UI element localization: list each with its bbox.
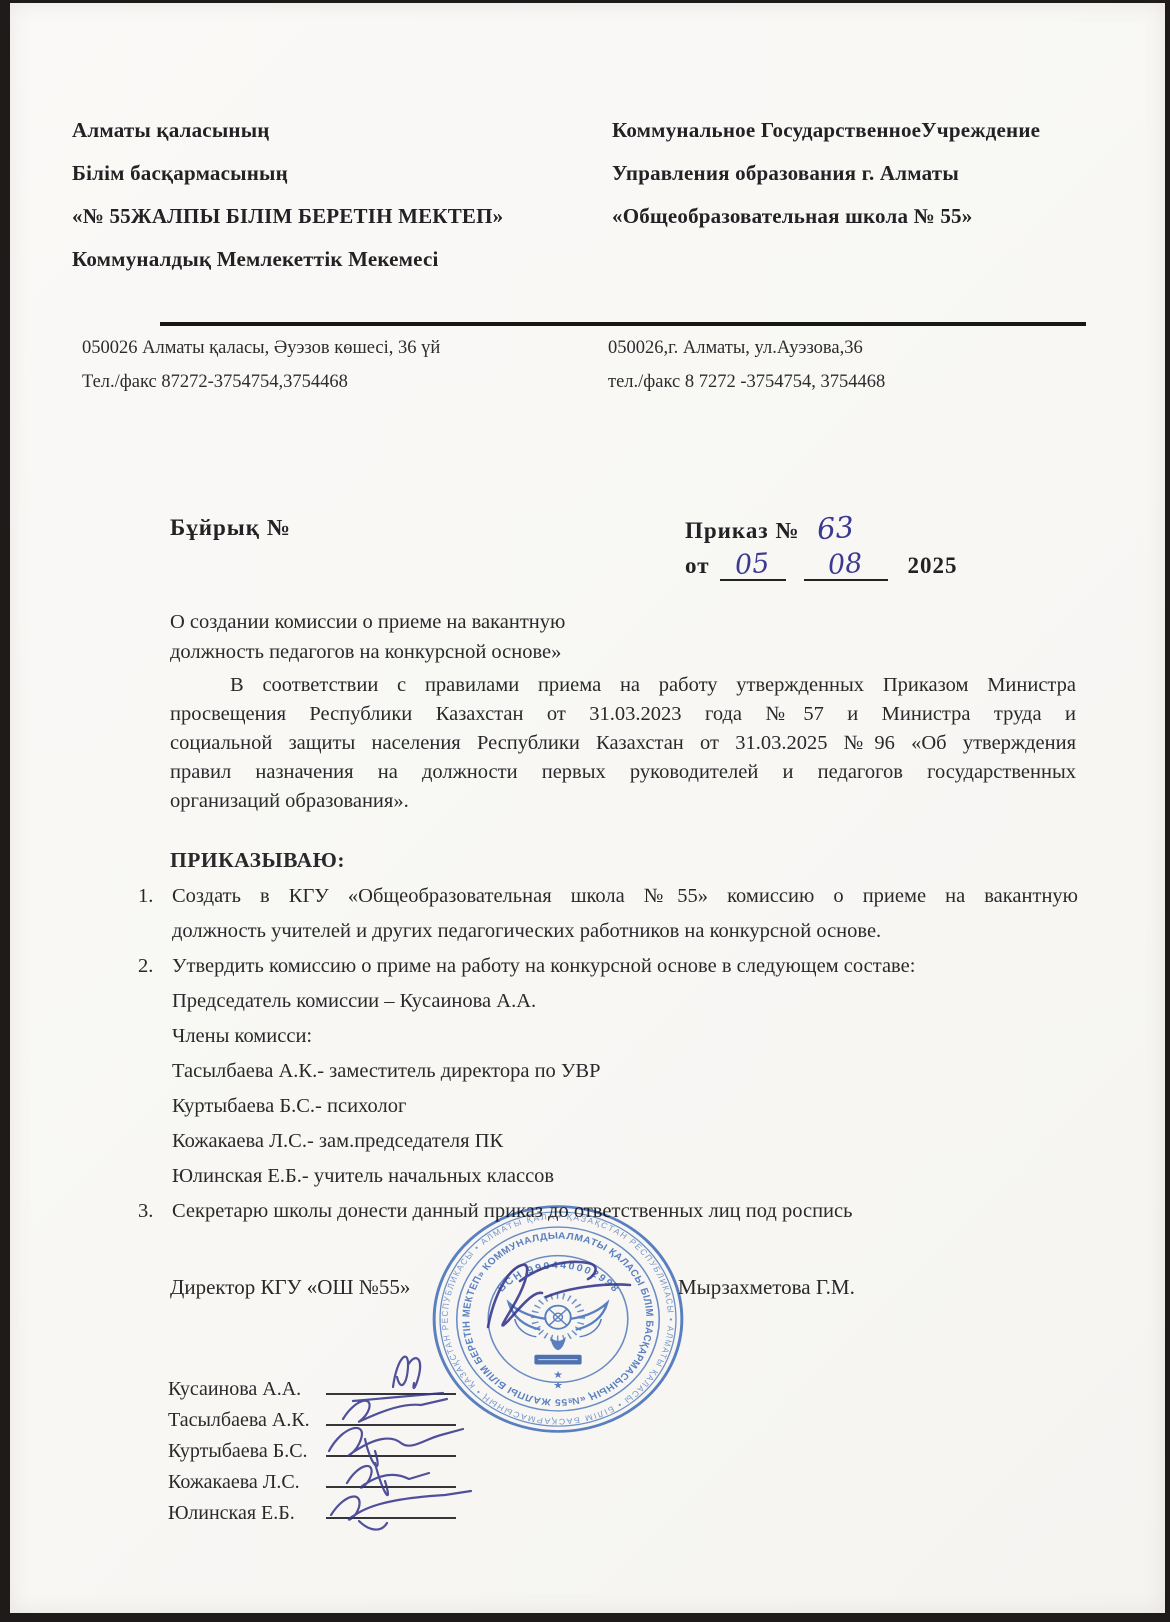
letterhead-line: «№ 55ЖАЛПЫ БІЛІМ БЕРЕТІН МЕКТЕП» — [72, 195, 602, 238]
resolution-heading: ПРИКАЗЫВАЮ: — [170, 848, 345, 873]
order-title-russian-row: Приказ № 63 — [685, 511, 854, 545]
date-prefix: от — [685, 553, 710, 578]
committee-chair-line: Председатель комиссии – Кусаинова А.А. — [172, 984, 1078, 1019]
signature-kurtybaeva — [329, 1428, 463, 1466]
item-text: Создать в КГУ «Общеобразовательная школа… — [172, 879, 1078, 949]
letterhead-line: Білім басқармасының — [72, 152, 602, 195]
signatures-scribbles — [295, 1335, 530, 1540]
seal-star: ★ — [553, 1381, 563, 1391]
item-number: 1. — [138, 879, 172, 949]
signature-yulinskaya — [331, 1491, 471, 1530]
date-day-blank: 05 — [720, 549, 786, 581]
address-line: 050026,г. Алматы, ул.Ауэзова,36 — [608, 331, 1078, 365]
scanned-order-photo: { "header_left": { "lines": [ "Алматы қа… — [0, 0, 1170, 1622]
date-day-handwritten: 05 — [734, 548, 770, 581]
order-date-row: от 05 08 2025 — [685, 549, 958, 581]
letterhead-line: Алматы қаласының — [72, 109, 602, 152]
list-item: 2. Утвердить комиссию о приме на работу … — [138, 949, 1086, 1194]
date-year: 2025 — [908, 553, 958, 578]
date-month-blank: 08 — [804, 549, 888, 581]
phone-line: тел./факс 8 7272 -3754754, 3754468 — [608, 365, 1078, 399]
preamble-paragraph: В соответствии с правилами приема на раб… — [170, 671, 1076, 816]
paragraph-line: В соответствии с правилами приема на раб… — [170, 671, 1076, 700]
letterhead-kazakh: Алматы қаласының Білім басқармасының «№ … — [72, 109, 602, 281]
signature-kozhakaeva — [347, 1463, 429, 1495]
subject-line: О создании комиссии о приеме на вакантну… — [170, 607, 730, 637]
committee-member-line: Юлинская Е.Б.- учитель начальных классов — [172, 1159, 1078, 1194]
contacts-kazakh: 050026 Алматы қаласы, Әуэзов көшесі, 36 … — [82, 331, 602, 399]
letterhead-line: Коммуналдық Мемлекеттік Мекемесі — [72, 238, 602, 281]
seal-star: ★ — [553, 1370, 563, 1380]
paragraph-line: просвещения Республики Казахстан от 31.0… — [170, 700, 1076, 729]
letterhead-line: Коммунальное ГосударственноеУчреждение — [612, 109, 1082, 152]
letterhead-divider — [160, 322, 1086, 326]
order-title-kazakh: Бұйрық № — [170, 515, 291, 541]
document-page: Алматы қаласының Білім басқармасының «№ … — [10, 3, 1165, 1613]
paragraph-line: правил назначения на должности первых ру… — [170, 758, 1076, 787]
director-title: Директор КГУ «ОШ №55» — [170, 1275, 410, 1300]
order-title-russian: Приказ № — [685, 518, 799, 543]
signature-kusainova — [393, 1357, 420, 1388]
paragraph-line: социальной защиты населения Республики К… — [170, 729, 1076, 758]
committee-member-line: Тасылбаева А.К.- заместитель директора п… — [172, 1054, 1078, 1089]
letterhead-line: «Общеобразовательная школа № 55» — [612, 195, 1082, 238]
address-line: 050026 Алматы қаласы, Әуэзов көшесі, 36 … — [82, 331, 602, 365]
contacts-russian: 050026,г. Алматы, ул.Ауэзова,36 тел./фак… — [608, 331, 1078, 399]
committee-members-label: Члены комисси: — [172, 1019, 1078, 1054]
item-line: Создать в КГУ «Общеобразовательная школа… — [172, 879, 1078, 914]
list-item: 1. Создать в КГУ «Общеобразовательная шк… — [138, 879, 1086, 949]
resolution-list: 1. Создать в КГУ «Общеобразовательная шк… — [138, 879, 1086, 1229]
item-line: должность учителей и других педагогическ… — [172, 914, 1078, 949]
subject-line: должность педагогов на конкурсной основе… — [170, 637, 730, 667]
item-number: 3. — [138, 1194, 172, 1229]
phone-line: Тел./факс 87272-3754754,3754468 — [82, 365, 602, 399]
signature-tasylbaeva — [343, 1393, 447, 1422]
date-month-handwritten: 08 — [827, 548, 863, 581]
director-name: Мырзахметова Г.М. — [678, 1275, 855, 1300]
order-number-handwritten: 63 — [816, 510, 855, 546]
item-text: Утвердить комиссию о приме на работу на … — [172, 949, 1078, 1194]
order-subject: О создании комиссии о приеме на вакантну… — [170, 607, 730, 667]
item-number: 2. — [138, 949, 172, 1194]
committee-member-line: Куртыбаева Б.С.- психолог — [172, 1089, 1078, 1124]
letterhead-russian: Коммунальное ГосударственноеУчреждение У… — [612, 109, 1082, 238]
paragraph-line: организаций образования». — [170, 787, 1076, 816]
committee-member-line: Кожакаева Л.С.- зам.председателя ПК — [172, 1124, 1078, 1159]
item-line: Утвердить комиссию о приме на работу на … — [172, 949, 1078, 984]
letterhead-line: Управления образования г. Алматы — [612, 152, 1082, 195]
